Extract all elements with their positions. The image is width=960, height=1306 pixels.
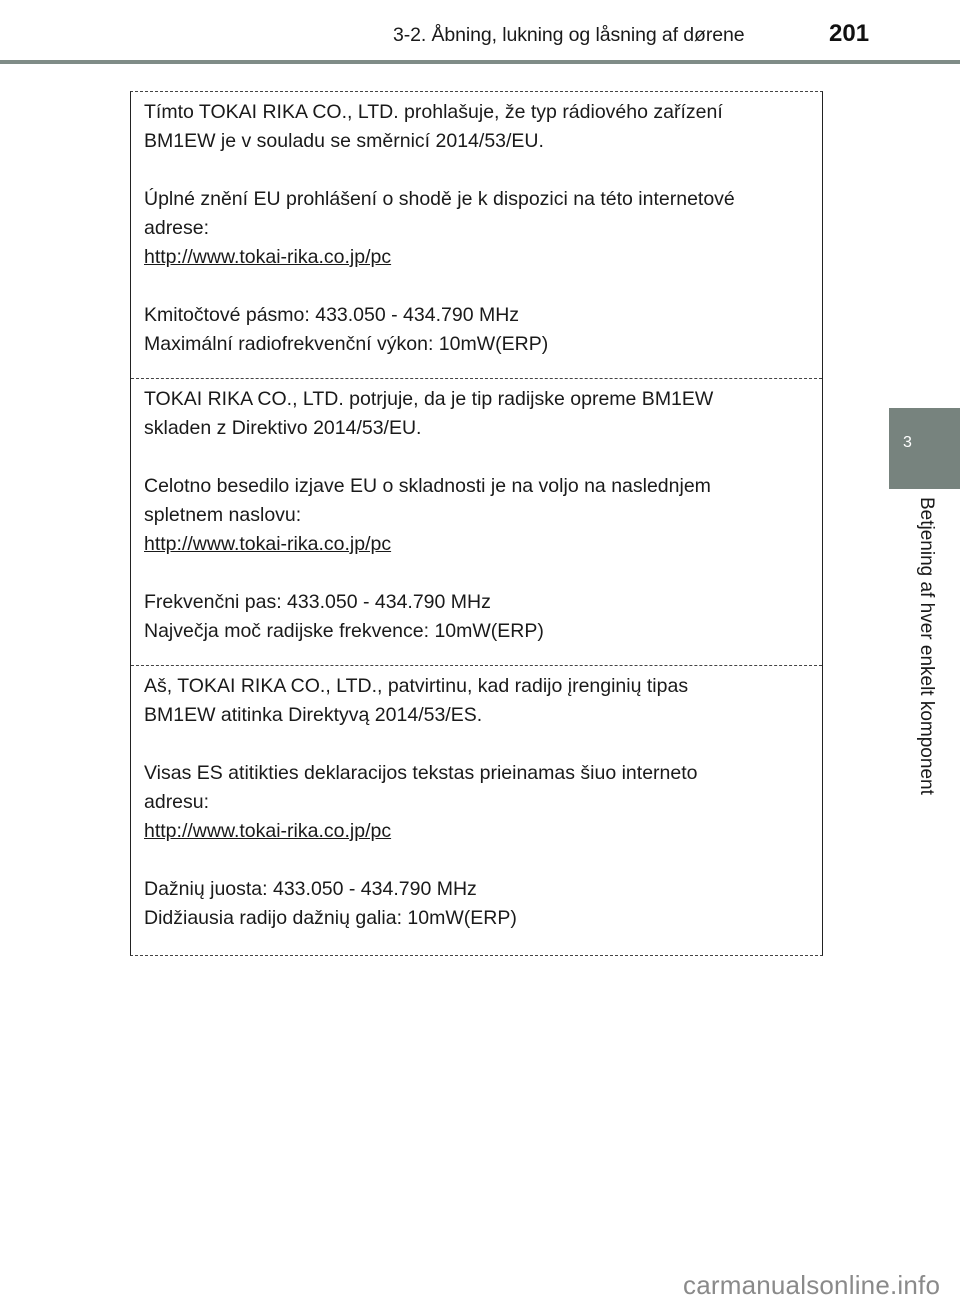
spacer (144, 443, 794, 472)
availability-line-2: adrese: (144, 214, 794, 243)
max-power: Največja moč radijske frekvence: 10mW(ER… (144, 617, 794, 646)
statement-line-2: skladen z Direktivo 2014/53/EU. (144, 414, 794, 443)
watermark: carmanualsonline.info (683, 1270, 940, 1301)
availability-line-1: Celotno besedilo izjave EU o skladnosti … (144, 472, 794, 501)
max-power: Didžiausia radijo dažnių galia: 10mW(ERP… (144, 904, 794, 933)
spacer (144, 559, 794, 588)
declaration-slovenian: TOKAI RIKA CO., LTD. potrjuje, da je tip… (131, 378, 822, 665)
declaration-url-link[interactable]: http://www.tokai-rika.co.jp/pc (144, 533, 391, 555)
declaration-box: Tímto TOKAI RIKA CO., LTD. prohlašuje, ž… (130, 91, 823, 956)
section-title: 3-2. Åbning, lukning og låsning af døren… (393, 24, 744, 47)
max-power: Maximální radiofrekvenční výkon: 10mW(ER… (144, 330, 794, 359)
declaration-url-link[interactable]: http://www.tokai-rika.co.jp/pc (144, 820, 391, 842)
chapter-label: Betjening af hver enkelt komponent (915, 497, 937, 795)
spacer (144, 272, 794, 301)
statement-line-2: BM1EW je v souladu se směrnicí 2014/53/E… (144, 127, 794, 156)
spacer (144, 730, 794, 759)
statement-line-1: Aš, TOKAI RIKA CO., LTD., patvirtinu, ka… (144, 672, 794, 701)
chapter-tab[interactable]: 3 (889, 408, 960, 489)
frequency-band: Kmitočtové pásmo: 433.050 - 434.790 MHz (144, 301, 794, 330)
frequency-band: Frekvenčni pas: 433.050 - 434.790 MHz (144, 588, 794, 617)
frequency-band: Dažnių juosta: 433.050 - 434.790 MHz (144, 875, 794, 904)
spacer (144, 846, 794, 875)
availability-line-1: Visas ES atitikties deklaracijos tekstas… (144, 759, 794, 788)
declaration-url-link[interactable]: http://www.tokai-rika.co.jp/pc (144, 246, 391, 268)
chapter-number: 3 (903, 434, 912, 452)
spacer (144, 156, 794, 185)
statement-line-1: Tímto TOKAI RIKA CO., LTD. prohlašuje, ž… (144, 98, 794, 127)
statement-line-2: BM1EW atitinka Direktyvą 2014/53/ES. (144, 701, 794, 730)
page-number: 201 (829, 20, 869, 48)
declaration-czech: Tímto TOKAI RIKA CO., LTD. prohlašuje, ž… (131, 92, 822, 378)
header-rule (0, 60, 960, 64)
availability-line-1: Úplné znění EU prohlášení o shodě je k d… (144, 185, 794, 214)
statement-line-1: TOKAI RIKA CO., LTD. potrjuje, da je tip… (144, 385, 794, 414)
availability-line-2: spletnem naslovu: (144, 501, 794, 530)
availability-line-2: adresu: (144, 788, 794, 817)
declaration-lithuanian: Aš, TOKAI RIKA CO., LTD., patvirtinu, ka… (131, 665, 822, 955)
